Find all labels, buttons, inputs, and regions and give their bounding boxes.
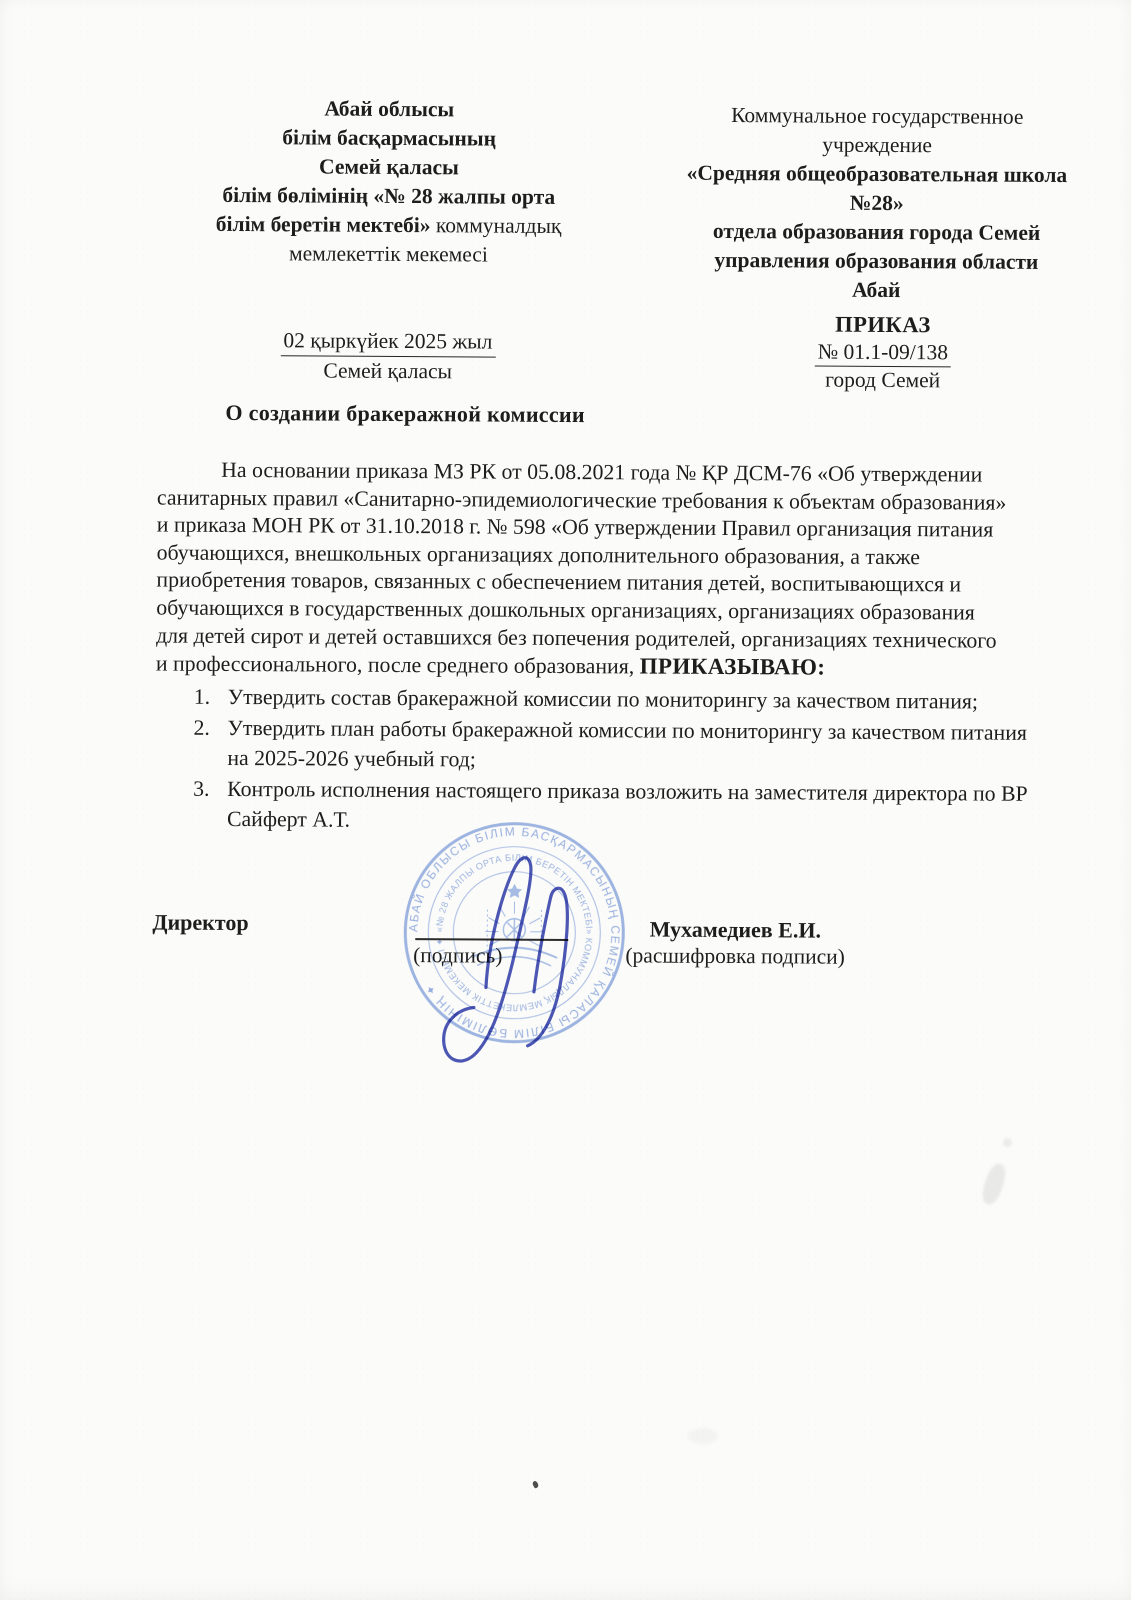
order-date-block: 02 қыркүйек 2025 жыл Семей қаласы	[148, 325, 628, 386]
scan-smudge-artifact	[1003, 1138, 1012, 1147]
org-russian-line: учреждение	[639, 129, 1115, 161]
org-kazakh-line: Семей қаласы	[147, 151, 631, 183]
org-kazakh-line: білім бөлімінің «№ 28 жалпы орта	[147, 180, 631, 212]
order-date-city: Семей қаласы	[148, 355, 628, 386]
order-item: Утвердить план работы бракеражной комисс…	[227, 714, 1035, 778]
order-item: Утвердить состав бракеражной комиссии по…	[228, 683, 1036, 717]
body-line-final: и профессионального, после среднего обра…	[156, 650, 1036, 684]
scan-smudge-artifact	[688, 1428, 718, 1444]
order-date: 02 қыркүйек 2025 жыл	[280, 326, 495, 357]
order-subject: О создании бракеражной комиссии	[225, 400, 585, 428]
org-kazakh-regular-fragment: коммуналдық	[431, 213, 562, 238]
org-russian-line: Коммунальное государственное	[639, 100, 1115, 132]
signatory-role: Директор	[152, 909, 248, 936]
signatory-name-caption: (расшифровка подписи)	[610, 942, 860, 970]
handwritten-signature	[393, 819, 635, 1070]
order-items: Утвердить состав бракеражной комиссии по…	[155, 682, 1036, 839]
order-number: № 01.1-09/138	[815, 338, 952, 367]
org-kazakh-line: мемлекеттік мекемесі	[146, 238, 630, 270]
body-keyword-prikazyvayu: ПРИКАЗЫВАЮ:	[640, 654, 826, 680]
order-label: ПРИКАЗ	[643, 310, 1123, 339]
org-russian-line: управления образования области	[638, 245, 1114, 277]
signatory-name: Мухамедиев Е.И.	[610, 916, 860, 944]
org-name-kazakh: Абай облысыбілім басқармасыныңСемей қала…	[146, 93, 631, 270]
document-page: Абай облысыбілім басқармасыныңСемей қала…	[0, 0, 1131, 1600]
org-name-russian: Коммунальное государственноеучреждение «…	[638, 100, 1115, 306]
order-body: На основании приказа МЗ РК от 05.08.2021…	[155, 457, 1037, 842]
org-kazakh-mixed-line: білім беретін мектебі» коммуналдық	[147, 209, 631, 241]
signatory-block: Мухамедиев Е.И. (расшифровка подписи)	[610, 916, 860, 970]
order-city: город Семей	[643, 365, 1123, 394]
org-russian-line: №28»	[639, 187, 1115, 219]
org-kazakh-bold-fragment: білім беретін мектебі»	[216, 212, 431, 237]
org-russian-line: отдела образования города Семей	[639, 216, 1115, 248]
order-number-block: ПРИКАЗ № 01.1-09/138 город Семей	[643, 310, 1123, 394]
org-russian-line: «Средняя общеобразовательная школа	[639, 158, 1115, 190]
org-kazakh-line: Абай облысы	[147, 93, 631, 125]
scanned-content: Абай облысыбілім басқармасыныңСемей қала…	[0, 0, 1131, 1600]
body-final-regular: и профессионального, после среднего обра…	[156, 652, 640, 679]
org-kazakh-line: білім басқармасының	[147, 122, 631, 154]
org-russian-line: Абай	[638, 274, 1114, 306]
